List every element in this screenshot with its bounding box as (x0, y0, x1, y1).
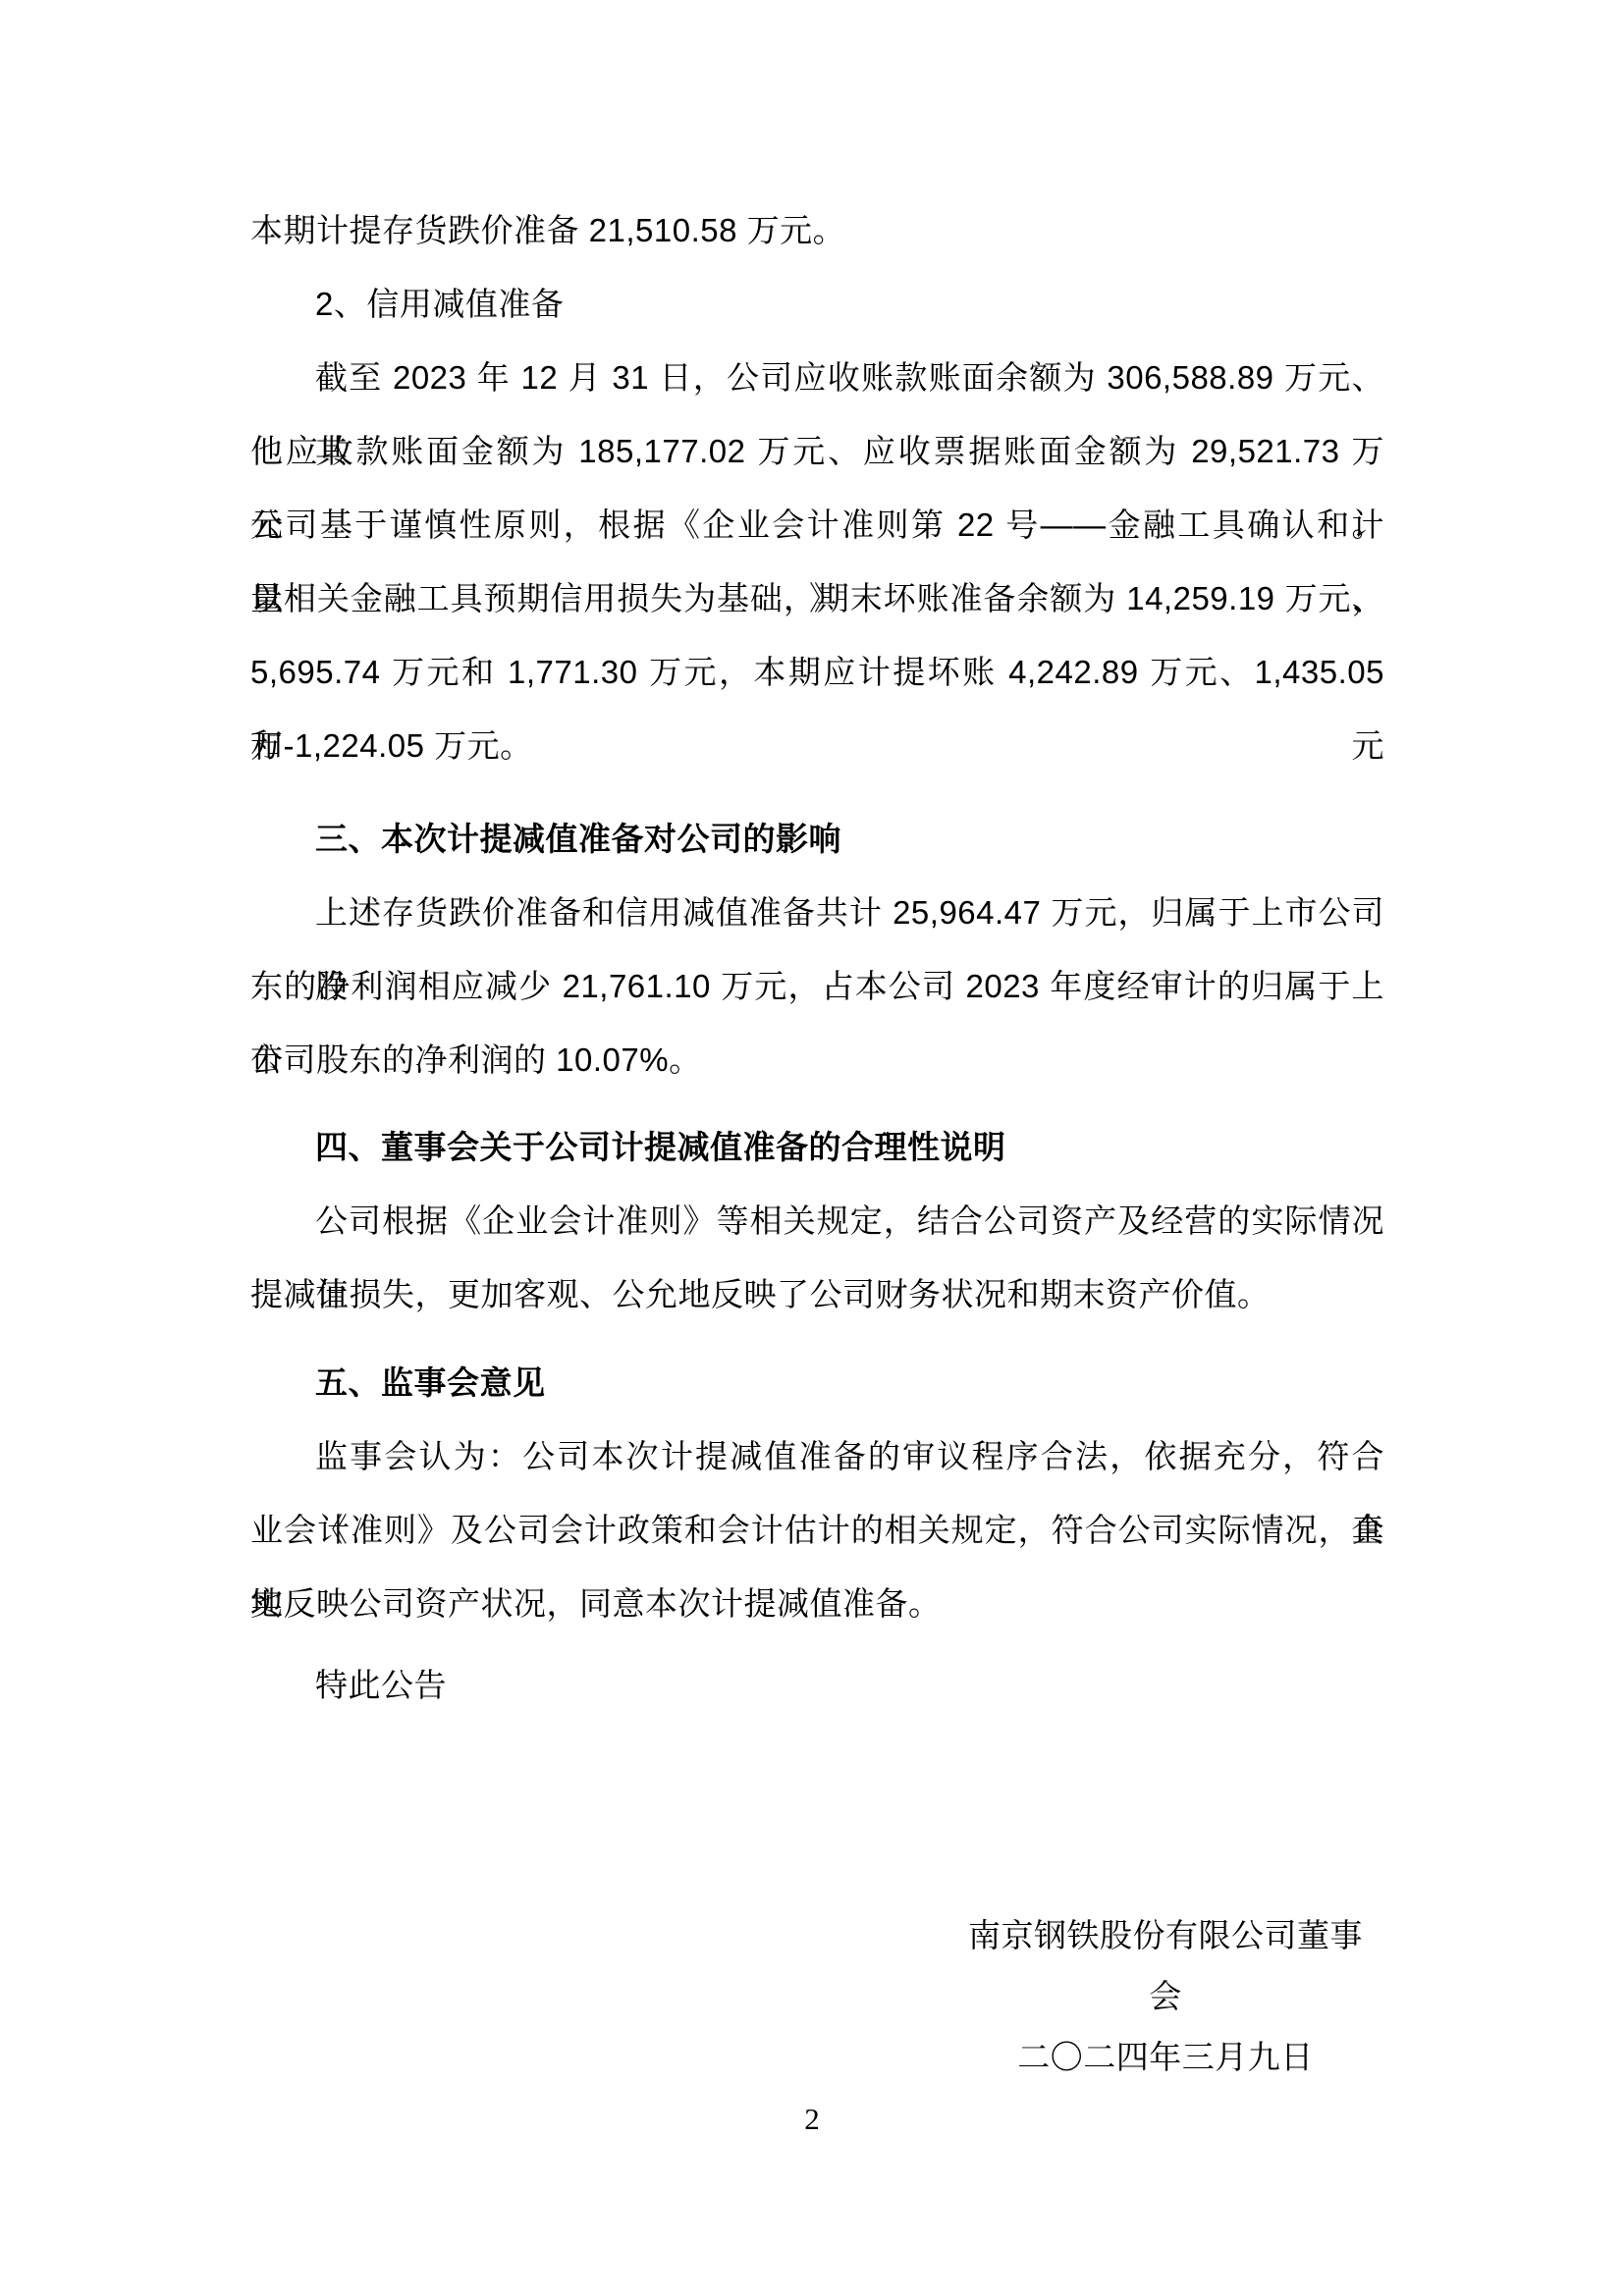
body-line: 公司基于谨慎性原则，根据《企业会计准则第 22 号——金融工具确认和计量》， (250, 488, 1384, 561)
body-line: 公司根据《企业会计准则》等相关规定，结合公司资产及经营的实际情况计 (250, 1184, 1384, 1257)
section-heading: 五、监事会意见 (250, 1346, 1384, 1419)
body-line: 公司股东的净利润的 10.07%。 (250, 1023, 1384, 1096)
body-line: 地反映公司资产状况，同意本次计提减值准备。 (250, 1567, 1384, 1640)
signature-date: 二〇二四年三月九日 (954, 2027, 1377, 2088)
body-line: 本期计提存货跌价准备 21,510.58 万元。 (250, 193, 1384, 267)
signature-block: 南京钢铁股份有限公司董事会 二〇二四年三月九日 (954, 1905, 1377, 2088)
body-line: 监事会认为：公司本次计提减值准备的审议程序合法，依据充分，符合《企 (250, 1419, 1384, 1493)
body-line: 以相关金融工具预期信用损失为基础，期末坏账准备余额为 14,259.19 万元、 (250, 561, 1384, 635)
body-line: 上述存货跌价准备和信用减值准备共计 25,964.47 万元，归属于上市公司股 (250, 876, 1384, 949)
subsection-heading: 2、信用减值准备 (250, 267, 1384, 341)
signature-company: 南京钢铁股份有限公司董事会 (954, 1905, 1377, 2027)
body-line: 截至 2023 年 12 月 31 日，公司应收账款账面余额为 306,588.… (250, 341, 1384, 414)
body-line: 5,695.74 万元和 1,771.30 万元，本期应计提坏账 4,242.8… (250, 635, 1384, 709)
section-heading: 三、本次计提减值准备对公司的影响 (250, 802, 1384, 876)
section-heading: 四、董事会关于公司计提减值准备的合理性说明 (250, 1110, 1384, 1184)
body-line: 业会计准则》及公司会计政策和会计估计的相关规定，符合公司实际情况，真实 (250, 1493, 1384, 1567)
body-line: 提减值损失，更加客观、公允地反映了公司财务状况和期末资产价值。 (250, 1257, 1384, 1331)
document-body: 本期计提存货跌价准备 21,510.58 万元。 2、信用减值准备 截至 202… (0, 0, 1384, 2088)
page-number: 2 (0, 2102, 1624, 2137)
document-page: 本期计提存货跌价准备 21,510.58 万元。 2、信用减值准备 截至 202… (0, 0, 1624, 2296)
closing-line: 特此公告 (250, 1648, 1384, 1722)
body-line: 他应收款账面金额为 185,177.02 万元、应收票据账面金额为 29,521… (250, 414, 1384, 488)
body-line: 东的净利润相应减少 21,761.10 万元，占本公司 2023 年度经审计的归… (250, 949, 1384, 1023)
